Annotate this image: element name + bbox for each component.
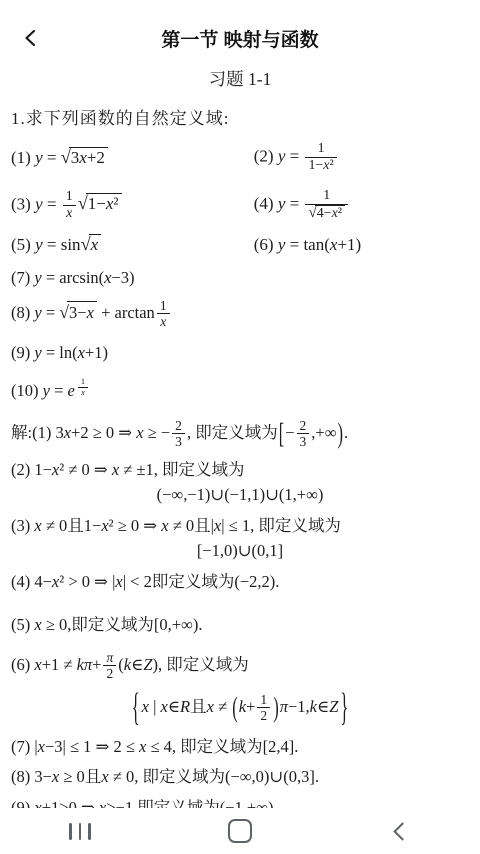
content-area: 1.求下列函数的自然定义域: (1) y = √3x+2(2) y = 11−x… <box>0 104 480 818</box>
rounded-square-icon <box>228 819 252 843</box>
problem-intro: 1.求下列函数的自然定义域: <box>11 104 469 129</box>
problem-row: (5) y = sin√x(6) y = tan(x+1) <box>11 234 469 255</box>
recents-button[interactable] <box>0 808 160 854</box>
solution-line: (8) 3−x ≥ 0且x ≠ 0, 即定义域为(−∞,0)∪(0,3]. <box>11 766 469 787</box>
problem-line: (10) y = e1x <box>11 377 469 402</box>
solution-line: (5) x ≥ 0,即定义域为[0,+∞). <box>11 614 469 635</box>
app-bar: 第一节 映射与函数 <box>0 26 480 56</box>
back-button[interactable] <box>20 29 42 51</box>
formula: (1) y = √3x+2 <box>11 147 254 168</box>
solution-line: (3) x ≠ 0且1−x² ≥ 0 ⇒ x ≠ 0且|x| ≤ 1, 即定义域… <box>11 515 469 536</box>
chevron-left-icon <box>22 28 40 53</box>
problem-row: (1) y = √3x+2(2) y = 11−x² <box>11 141 469 174</box>
three-vertical-bars-icon <box>65 823 94 840</box>
formula: (2) y = 11−x² <box>254 141 469 174</box>
formula: (6) y = tan(x+1) <box>254 235 469 255</box>
solution-line: (2) 1−x² ≠ 0 ⇒ x ≠ ±1, 即定义域为 <box>11 459 469 480</box>
solution-line: (4) 4−x² > 0 ⇒ |x| < 2即定义域为(−2,2). <box>11 571 469 592</box>
problem-line: (9) y = ln(x+1) <box>11 342 469 363</box>
problem-row: (3) y = 1x√1−x²(4) y = 1√4−x² <box>11 188 469 222</box>
solutions-section: 解:(1) 3x+2 ≥ 0 ⇒ x ≥ −23, 即定义域为[−23,+∞).… <box>11 418 469 818</box>
exercise-subtitle: 习题 1-1 <box>0 66 480 91</box>
solution-line: [−1,0)∪(0,1] <box>11 540 469 561</box>
problems-section: (1) y = √3x+2(2) y = 11−x²(3) y = 1x√1−x… <box>11 141 469 402</box>
home-button[interactable] <box>160 808 320 854</box>
solution-line: {x | x∈R且x ≠ (k+12)π−1,k∈Z} <box>11 692 469 724</box>
formula: (3) y = 1x√1−x² <box>11 189 254 222</box>
problem-line: (8) y = √3−x + arctan1x <box>11 298 469 330</box>
formula: (4) y = 1√4−x² <box>254 188 469 222</box>
formula: (5) y = sin√x <box>11 234 254 255</box>
problem-line: (7) y = arcsin(x−3) <box>11 267 469 288</box>
solution-line: 解:(1) 3x+2 ≥ 0 ⇒ x ≥ −23, 即定义域为[−23,+∞). <box>11 418 469 450</box>
page-title: 第一节 映射与函数 <box>0 26 480 56</box>
android-nav-bar <box>0 808 480 854</box>
page: 第一节 映射与函数 习题 1-1 1.求下列函数的自然定义域: (1) y = … <box>0 0 480 854</box>
solution-line: (6) x+1 ≠ kπ+π2(k∈Z), 即定义域为 <box>11 650 469 682</box>
solution-line: (−∞,−1)∪(−1,1)∪(1,+∞) <box>11 484 469 505</box>
solution-line: (7) |x−3| ≤ 1 ⇒ 2 ≤ x ≤ 4, 即定义域为[2,4]. <box>11 736 469 757</box>
chevron-left-icon <box>393 822 411 840</box>
nav-back-button[interactable] <box>320 808 480 854</box>
